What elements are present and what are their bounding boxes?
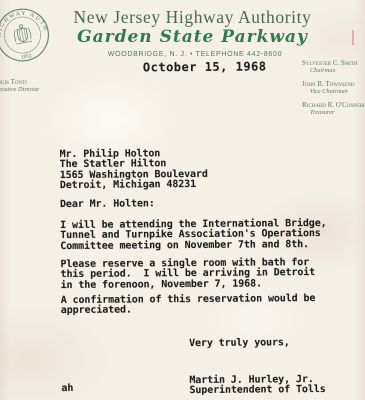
complimentary-closing: Very truly yours, (189, 338, 290, 349)
recipient-address-block: Mr. Philip Holton The Statler Hilton 156… (60, 149, 208, 192)
scanned-letter: { "colors": { "paper": "#f4f0e6", "green… (0, 0, 365, 400)
letter-date: October 15, 1968 (143, 60, 267, 74)
body-line: in the forenoon, November 7, 1968. (61, 279, 316, 291)
body-line: Committee meeting on November 7th and 8t… (60, 240, 327, 252)
signature-block: Martin J. Hurley, Jr. Superintendent of … (189, 375, 325, 397)
typist-initials: ah (61, 384, 73, 394)
paragraph-2: Please reserve a single room with bath f… (60, 258, 315, 291)
typed-letter-content: October 15, 1968 Mr. Philip Holton The S… (0, 0, 365, 400)
signer-title: Superintendent of Tolls (189, 385, 325, 396)
recipient-line: Detroit, Michigan 48231 (60, 180, 208, 192)
salutation: Dear Mr. Holten: (60, 199, 155, 210)
paragraph-1: I will be attending the International Br… (60, 219, 327, 252)
body-line: appreciated. (61, 304, 316, 316)
paragraph-3: A confirmation of this reservation would… (61, 294, 316, 317)
